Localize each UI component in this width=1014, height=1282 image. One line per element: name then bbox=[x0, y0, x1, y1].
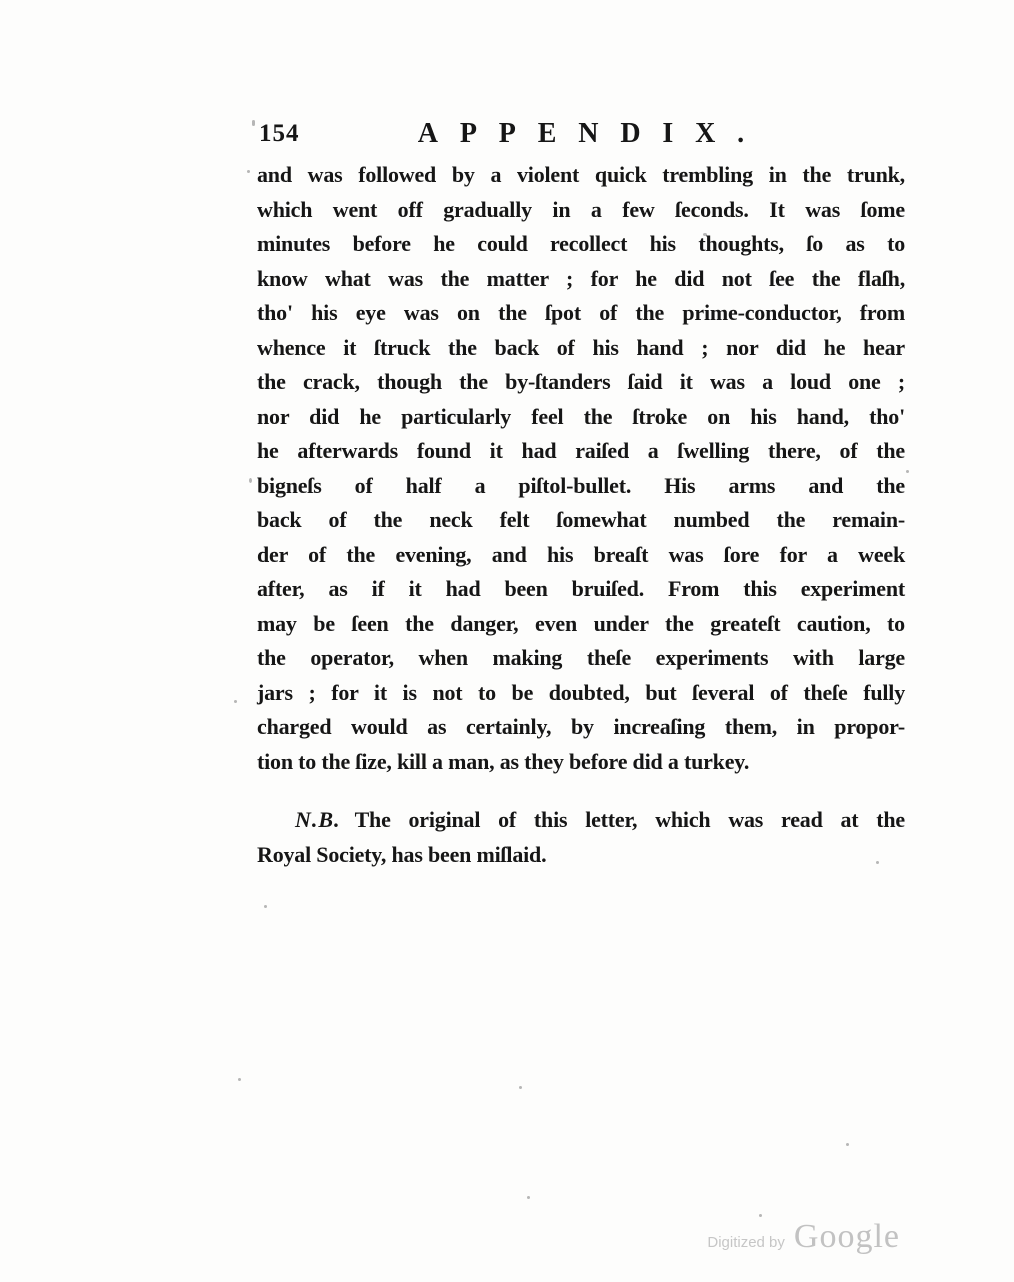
digitized-by-label: Digitized by bbox=[707, 1234, 785, 1251]
text-line: the operator, when making theſe experime… bbox=[257, 641, 905, 676]
scan-speck bbox=[906, 470, 909, 473]
text-line: may be ſeen the danger, even under the g… bbox=[257, 607, 905, 642]
text-line: whence it ſtruck the back of his hand ; … bbox=[257, 331, 905, 366]
scan-speck bbox=[527, 1196, 530, 1199]
text-line: N.B.The original of this letter, which w… bbox=[257, 803, 905, 838]
scan-speck bbox=[876, 861, 879, 864]
google-logo: Google bbox=[794, 1218, 900, 1256]
scan-speck bbox=[264, 905, 267, 908]
scan-speck bbox=[519, 1086, 522, 1089]
scan-speck bbox=[247, 170, 250, 173]
text-line: tho' his eye was on the ſpot of the prim… bbox=[257, 296, 905, 331]
scan-speck bbox=[234, 700, 237, 703]
text-line: nor did he particularly feel the ſtroke … bbox=[257, 400, 905, 435]
nota-bene-paragraph: N.B.The original of this letter, which w… bbox=[257, 803, 905, 872]
text-block: 154 APPENDIX. and was followed by a viol… bbox=[257, 104, 905, 872]
text-line: der of the evening, and his breaſt was ſ… bbox=[257, 538, 905, 573]
text-line: know what was the matter ; for he did no… bbox=[257, 262, 905, 297]
scan-speck bbox=[238, 1078, 241, 1081]
text-line: after, as if it had been bruiſed. From t… bbox=[257, 572, 905, 607]
scan-speck bbox=[759, 1214, 762, 1217]
text-line: and was followed by a violent quick trem… bbox=[257, 158, 905, 193]
scan-speck bbox=[703, 233, 707, 236]
text-line: minutes before he could recollect his th… bbox=[257, 227, 905, 262]
scan-speck bbox=[252, 120, 255, 126]
text-line: charged would as certainly, by increaſin… bbox=[257, 710, 905, 745]
page-header: 154 APPENDIX. bbox=[257, 104, 905, 150]
text-line: he afterwards found it had raiſed a ſwel… bbox=[257, 434, 905, 469]
text-line: which went off gradually in a few ſecond… bbox=[257, 193, 905, 228]
nb-label: N.B. bbox=[295, 807, 355, 832]
scan-speck bbox=[846, 1143, 849, 1146]
text-line: bigneſs of half a piſtol-bullet. His arm… bbox=[257, 469, 905, 504]
nb-line1-text: The original of this letter, which was r… bbox=[355, 807, 905, 832]
text-line: tion to the ſize, kill a man, as they be… bbox=[257, 745, 905, 780]
scanned-book-page: 154 APPENDIX. and was followed by a viol… bbox=[0, 0, 1014, 1282]
scan-speck bbox=[249, 478, 252, 483]
text-line: the crack, though the by-ſtanders ſaid i… bbox=[257, 365, 905, 400]
page-header-title: APPENDIX. bbox=[257, 118, 905, 150]
text-line: jars ; for it is not to be doubted, but … bbox=[257, 676, 905, 711]
text-line: back of the neck felt ſomewhat numbed th… bbox=[257, 503, 905, 538]
google-watermark: Digitized by Google bbox=[707, 1218, 900, 1256]
text-line: Royal Society, has been miſlaid. bbox=[257, 838, 905, 873]
body-text: and was followed by a violent quick trem… bbox=[257, 158, 905, 779]
